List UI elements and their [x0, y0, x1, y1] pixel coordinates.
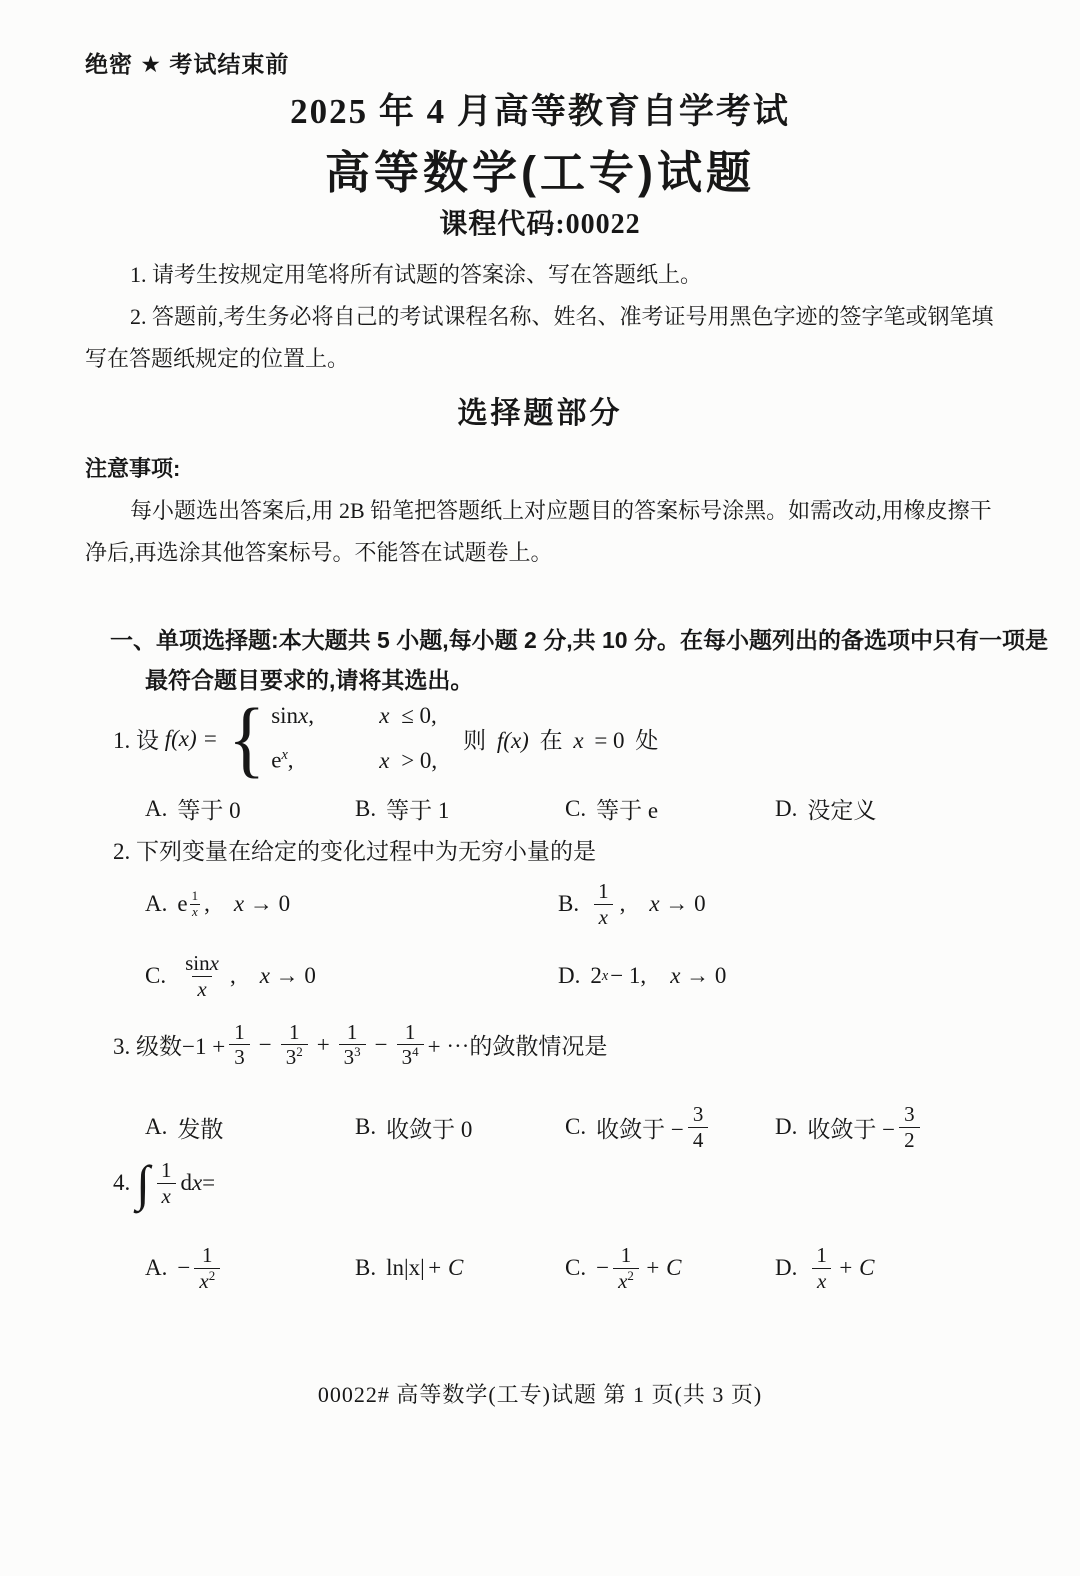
option-text: 等于 1	[386, 792, 449, 825]
fraction-denominator: x	[812, 1268, 831, 1293]
absolute-x: |x|	[404, 1255, 425, 1281]
den-exponent: 2	[296, 1044, 303, 1059]
fraction: 133	[339, 1020, 366, 1069]
fraction-denominator: 34	[397, 1044, 424, 1069]
fraction-numerator: 1	[284, 1020, 305, 1044]
instruction-item-1: 1. 请考生按规定用笔将所有试题的答案涂、写在答题纸上。	[85, 254, 1005, 296]
question-1: 1. 设 f(x) = { sinx, x ≤ 0, ex, x > 0, 则 …	[113, 700, 663, 777]
option-label: B.	[355, 1255, 376, 1281]
option-label: D.	[775, 1255, 797, 1281]
question-2-options-row-1: A. e1x, x → 0 B. 1x, x → 0	[0, 872, 1080, 936]
fraction-numerator: 1	[190, 889, 201, 903]
option-label: C.	[565, 796, 586, 822]
arrow-zero: → 0	[665, 891, 705, 916]
fraction: 1x2	[613, 1243, 639, 1292]
option-text: 等于 e	[596, 792, 658, 825]
fraction: 34	[688, 1102, 709, 1151]
sin-function: sin	[271, 703, 298, 728]
comma: ,	[230, 963, 236, 989]
case-2-expression: ex,	[271, 747, 379, 774]
limit-condition: x → 0	[649, 891, 705, 917]
fraction: 1x	[593, 879, 614, 928]
limit-condition: x → 0	[260, 963, 316, 989]
exam-subject-title: 高等数学(工专)试题	[0, 136, 1080, 201]
question-4-lead: 4.	[113, 1170, 130, 1196]
q2-option-b: B. 1x, x → 0	[558, 879, 1080, 928]
fraction-denominator: 33	[339, 1044, 366, 1069]
option-text: 收敛于 0	[386, 1111, 472, 1144]
variable-x: x	[379, 748, 389, 773]
fraction: 134	[397, 1020, 424, 1069]
plus-operator: +	[317, 1032, 330, 1058]
q3-option-b: B.收敛于 0	[355, 1111, 565, 1144]
den-exponent: 2	[627, 1268, 634, 1283]
variable-x: x	[670, 963, 680, 988]
fraction-numerator: sinx	[180, 951, 224, 975]
fraction-numerator: 1	[197, 1243, 218, 1267]
condition-rest: > 0,	[401, 748, 437, 773]
variable-x: x	[210, 951, 219, 975]
fraction-denominator: x	[192, 976, 211, 1001]
variable-x: x	[234, 891, 244, 916]
fraction-denominator: x	[190, 904, 200, 919]
question-1-tail: 则 f(x) 在 x = 0 处	[463, 722, 663, 755]
exam-session-title: 2025 年 4 月高等教育自学考试	[0, 84, 1080, 134]
sin-function: sin	[185, 951, 210, 975]
variable-x: x	[379, 703, 389, 728]
text-then: 则	[463, 728, 486, 753]
option-text: 等于 0	[177, 792, 240, 825]
q4-option-b: B. ln|x| + C	[355, 1255, 565, 1281]
option-text: 收敛于 −	[596, 1111, 684, 1144]
arrow-zero: → 0	[276, 963, 316, 988]
question-2-stem: 2. 下列变量在给定的变化过程中为无穷小量的是	[113, 833, 596, 866]
multiple-choice-part-title: 选择题部分	[0, 388, 1080, 432]
notice-text: 每小题选出答案后,用 2B 铅笔把答题纸上对应题目的答案标号涂黑。如需改动,用橡…	[85, 490, 998, 574]
fraction-denominator: 2	[899, 1127, 920, 1152]
instruction-item-2: 2. 答题前,考生务必将自己的考试课程名称、姓名、准考证号用黑色字迹的签字笔或钢…	[85, 296, 1005, 380]
option-label: A.	[145, 1255, 167, 1281]
function-fx: f(x)	[497, 728, 529, 753]
classification-label: 绝密 ★ 考试结束前	[85, 46, 289, 79]
question-3-stem: 3. 级数−1 + 13 − 132 + 133 − 134 + ⋯的敛散情况是	[113, 1020, 607, 1069]
variable-x: x	[298, 703, 308, 728]
limit-condition: x → 0	[234, 891, 290, 917]
equals-sign: =	[202, 1170, 215, 1196]
fraction: 1x	[811, 1243, 832, 1292]
fraction-denominator: x	[157, 1183, 176, 1208]
q4-option-a: A. −1x2	[145, 1243, 355, 1292]
differential-d: d	[180, 1170, 192, 1196]
comma: ,	[620, 891, 626, 917]
ln-function: ln	[386, 1255, 404, 1281]
euler-e: e	[271, 748, 281, 773]
question-3-lead: 3. 级数−1 +	[113, 1028, 225, 1061]
piecewise-cases: sinx, x ≤ 0, ex, x > 0,	[271, 703, 437, 774]
option-text: 没定义	[807, 792, 876, 825]
course-code: 课程代码:00022	[0, 202, 1080, 242]
fraction-denominator: 3	[229, 1044, 250, 1069]
minus-one: − 1,	[610, 963, 646, 989]
question-2-options-row-2: C. sinxx, x → 0 D. 2x− 1, x → 0	[0, 944, 1080, 1008]
option-label: B.	[558, 891, 579, 917]
option-label: D.	[558, 963, 580, 989]
option-label: B.	[355, 1114, 376, 1140]
minus-operator: −	[177, 1255, 190, 1281]
q1-option-c: C.等于 e	[565, 792, 775, 825]
fraction: 32	[899, 1102, 920, 1151]
option-label: A.	[145, 1114, 167, 1140]
fraction: 13	[229, 1020, 250, 1069]
case-1-condition: x ≤ 0,	[379, 703, 437, 729]
q3-option-a: A.发散	[145, 1111, 355, 1144]
equals-zero: = 0	[594, 728, 624, 753]
fraction-numerator: 3	[899, 1102, 920, 1126]
den-base: 3	[344, 1045, 355, 1069]
text-place: 处	[635, 728, 658, 753]
piecewise-case-1: sinx, x ≤ 0,	[271, 703, 437, 729]
exponent-fraction: 1x	[190, 889, 201, 919]
fraction-denominator: x2	[613, 1268, 639, 1293]
fraction-numerator: 1	[400, 1020, 421, 1044]
fraction-numerator: 3	[688, 1102, 709, 1126]
den-base: 3	[286, 1045, 297, 1069]
q1-option-b: B.等于 1	[355, 792, 565, 825]
fraction-denominator: 4	[688, 1127, 709, 1152]
notice-label: 注意事项:	[85, 452, 180, 483]
fraction-numerator: 1	[593, 879, 614, 903]
option-label: C.	[565, 1255, 586, 1281]
comma: ,	[288, 748, 294, 773]
euler-e: e	[177, 891, 187, 917]
base-two: 2	[590, 963, 602, 989]
den-exponent: 3	[354, 1044, 361, 1059]
variable-x: x	[573, 728, 583, 753]
page-footer: 00022# 高等数学(工专)试题 第 1 页(共 3 页)	[0, 1378, 1080, 1409]
q2-option-a: A. e1x, x → 0	[145, 889, 558, 919]
q1-option-d: D.没定义	[775, 792, 1080, 825]
question-4-options: A. −1x2 B. ln|x| + C C. −1x2+ C D. 1x+ C	[0, 1236, 1080, 1300]
arrow-zero: → 0	[686, 963, 726, 988]
fraction: 1x	[156, 1158, 177, 1207]
den-exponent: 2	[209, 1268, 216, 1283]
q4-option-c: C. −1x2+ C	[565, 1243, 775, 1292]
question-3-tail: + ⋯的敛散情况是	[428, 1028, 608, 1061]
question-1-lead: 1. 设	[113, 722, 159, 755]
fraction: 1x2	[194, 1243, 220, 1292]
comma: ,	[204, 891, 210, 917]
den-base: x	[199, 1269, 208, 1293]
exponent-x: x	[602, 968, 608, 985]
question-1-function: f(x) =	[165, 726, 218, 752]
option-label: C.	[565, 1114, 586, 1140]
piecewise-brace: {	[228, 700, 265, 777]
fraction-denominator: x	[594, 904, 613, 929]
variable-x: x	[649, 891, 659, 916]
exam-page: 绝密 ★ 考试结束前 2025 年 4 月高等教育自学考试 高等数学(工专)试题…	[0, 0, 1080, 1576]
q4-option-d: D. 1x+ C	[775, 1243, 1080, 1292]
limit-condition: x → 0	[670, 963, 726, 989]
option-label: A.	[145, 891, 167, 917]
den-base: x	[618, 1269, 627, 1293]
text-at: 在	[540, 728, 563, 753]
q2-option-d: D. 2x− 1, x → 0	[558, 963, 1080, 989]
option-label: C.	[145, 963, 166, 989]
plus-constant: + C	[838, 1255, 875, 1281]
fraction-numerator: 1	[156, 1158, 177, 1182]
minus-operator: −	[375, 1032, 388, 1058]
fraction-denominator: x2	[194, 1268, 220, 1293]
q3-option-c: C.收敛于 −34	[565, 1102, 775, 1151]
piecewise-case-2: ex, x > 0,	[271, 747, 437, 774]
condition-rest: ≤ 0,	[401, 703, 437, 728]
variable-x: x	[260, 963, 270, 988]
case-1-expression: sinx,	[271, 703, 379, 729]
fraction: 132	[281, 1020, 308, 1069]
plus-constant: + C	[427, 1255, 464, 1281]
fraction-denominator: 32	[281, 1044, 308, 1069]
option-label: A.	[145, 796, 167, 822]
option-label: D.	[775, 1114, 797, 1140]
minus-operator: −	[596, 1255, 609, 1281]
variable-x: x	[192, 1170, 202, 1196]
question-3-options: A.发散 B.收敛于 0 C.收敛于 −34 D.收敛于 −32	[0, 1096, 1080, 1158]
den-exponent: 4	[412, 1044, 419, 1059]
q2-option-c: C. sinxx, x → 0	[145, 951, 558, 1000]
q1-option-a: A.等于 0	[145, 792, 355, 825]
section1-heading: 一、单项选择题:本大题共 5 小题,每小题 2 分,共 10 分。在每小题列出的…	[110, 620, 1055, 700]
den-base: 3	[402, 1045, 413, 1069]
comma: ,	[308, 703, 314, 728]
question-1-options: A.等于 0 B.等于 1 C.等于 e D.没定义	[0, 792, 1080, 825]
option-text: 发散	[177, 1111, 223, 1144]
option-label: D.	[775, 796, 797, 822]
minus-operator: −	[259, 1032, 272, 1058]
fraction: sinxx	[180, 951, 224, 1000]
option-label: B.	[355, 796, 376, 822]
arrow-zero: → 0	[250, 891, 290, 916]
case-2-condition: x > 0,	[379, 748, 437, 774]
fraction-numerator: 1	[811, 1243, 832, 1267]
fraction-numerator: 1	[229, 1020, 250, 1044]
integral-sign: ∫	[136, 1158, 150, 1208]
fraction-numerator: 1	[342, 1020, 363, 1044]
question-4-stem: 4. ∫ 1x dx =	[113, 1158, 215, 1208]
q3-option-d: D.收敛于 −32	[775, 1102, 1080, 1151]
fraction-numerator: 1	[616, 1243, 637, 1267]
plus-constant: + C	[645, 1255, 682, 1281]
option-text: 收敛于 −	[807, 1111, 895, 1144]
